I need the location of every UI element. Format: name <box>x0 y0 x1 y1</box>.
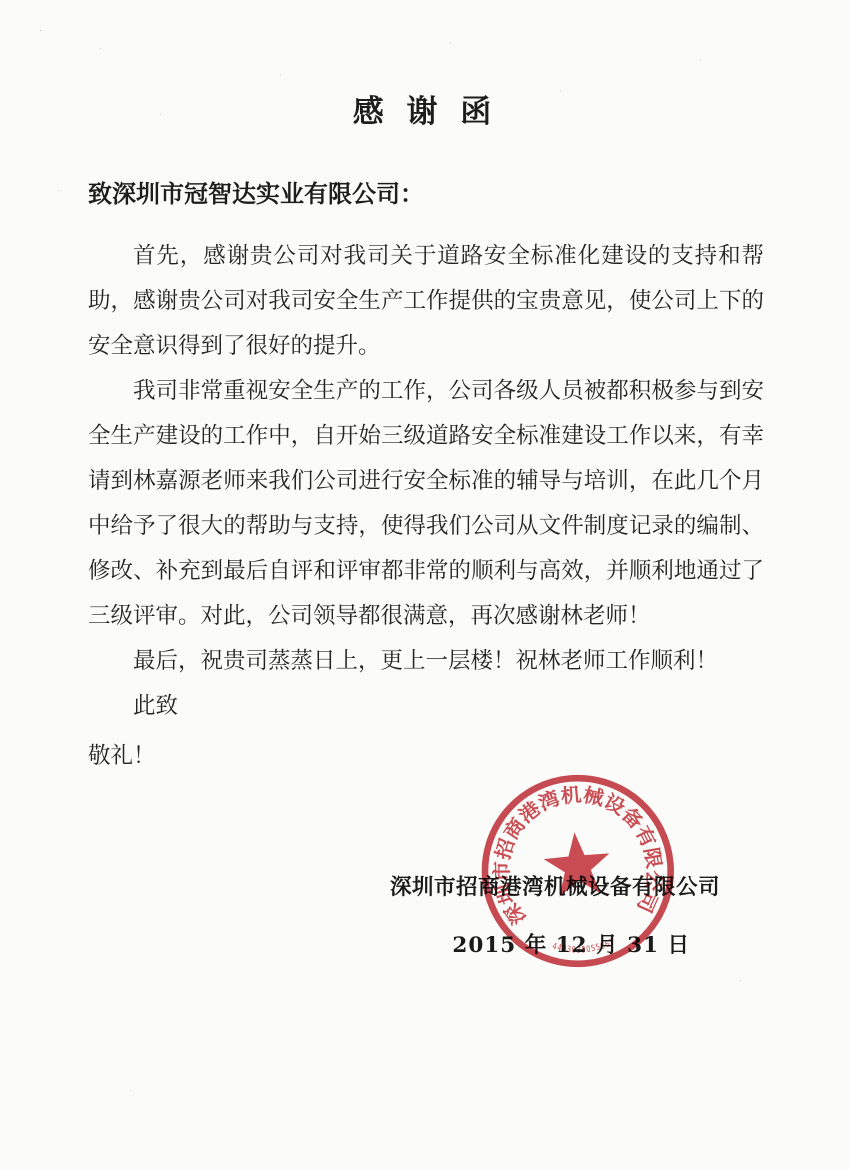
signature-date: 2015 年 12 月 31 日 <box>452 928 690 959</box>
closing-cizhi: 此致 <box>88 684 764 729</box>
closing-jingli: 敬礼！ <box>88 734 764 779</box>
paragraph-3: 最后，祝贵司蒸蒸日上，更上一层楼！祝林老师工作顺利！ <box>88 639 764 684</box>
paragraph-1: 首先，感谢贵公司对我司关于道路安全标准化建设的支持和帮助，感谢贵公司对我司安全生… <box>88 234 764 369</box>
letter-body: 首先，感谢贵公司对我司关于道路安全标准化建设的支持和帮助，感谢贵公司对我司安全生… <box>88 234 764 779</box>
signature-company-name: 深圳市招商港湾机械设备有限公司 <box>390 870 720 901</box>
salutation: 致深圳市冠智达实业有限公司： <box>88 174 424 209</box>
scanned-letter-page: 感 谢 函 致深圳市冠智达实业有限公司： 首先，感谢贵公司对我司关于道路安全标准… <box>0 0 850 1169</box>
letter-title: 感 谢 函 <box>0 86 850 131</box>
seal-ring-text: 深圳市招商港湾机械设备有限公司 <box>483 776 670 930</box>
paragraph-2: 我司非常重视安全生产的工作，公司各级人员被都积极参与到安全生产建设的工作中，自开… <box>88 369 764 639</box>
scan-noise <box>40 30 41 31</box>
